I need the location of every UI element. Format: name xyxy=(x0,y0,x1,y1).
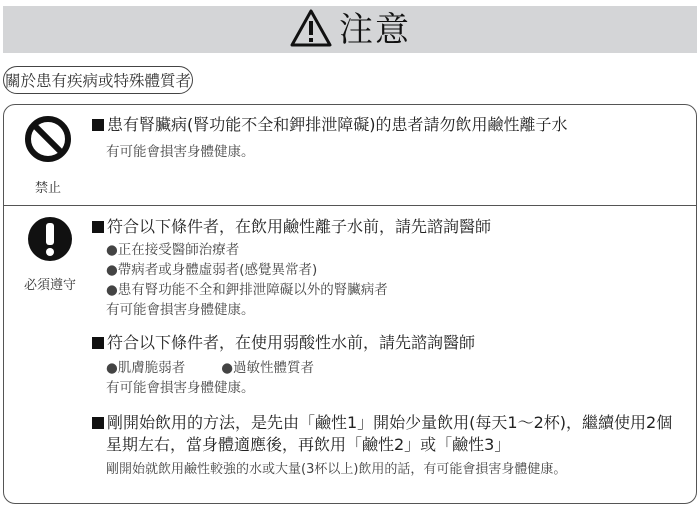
page-title: 注意 xyxy=(339,13,411,47)
square-bullet-icon xyxy=(92,417,104,429)
prohibit-note: 有可能會損害身體健康。 xyxy=(106,142,568,162)
bullet-row: ●肌膚脆弱者 ●過敏性體質者 xyxy=(106,358,475,378)
prohibit-headline: 患有腎臟病(腎功能不全和鉀排泄障礙)的患者請勿飲用鹼性離子水 xyxy=(92,114,568,136)
mandatory-item-1-headline: 符合以下條件者，在飲用鹼性離子水前，請先諮詢醫師 xyxy=(92,216,491,238)
square-bullet-icon xyxy=(92,337,104,349)
mandatory-item-1-note: 有可能會損害身體健康。 xyxy=(106,300,491,320)
square-bullet-icon xyxy=(92,221,104,233)
mandatory-item-1: 符合以下條件者，在飲用鹼性離子水前，請先諮詢醫師 ●正在接受醫師治療者 ●帶病者… xyxy=(92,216,491,320)
section-divider xyxy=(4,205,696,206)
mandatory-item-2-headline: 符合以下條件者，在使用弱酸性水前，請先諮詢醫師 xyxy=(92,332,475,354)
mandatory-item-3-headline: 剛開始飲用的方法，是先由「鹼性1」開始少量飲用(每天1～2杯)，繼續使用2個 xyxy=(92,412,672,434)
bullet-item: ●過敏性體質者 xyxy=(221,358,314,378)
bullet-item: ●患有腎功能不全和鉀排泄障礙以外的腎臟病者 xyxy=(106,280,491,300)
warning-triangle-icon xyxy=(289,8,333,52)
section-title: 關於患有疾病或特殊體質者 xyxy=(3,66,193,94)
square-bullet-icon xyxy=(92,119,104,131)
caution-header: 注意 xyxy=(3,6,697,53)
bullet-item: ●正在接受醫師治療者 xyxy=(106,240,491,260)
mandatory-item-3-headline-cont: 星期左右，當身體適應後，再飲用「鹼性2」或「鹼性3」 xyxy=(106,434,672,456)
mandatory-label: 必須遵守 xyxy=(24,274,76,293)
bullet-item: ●帶病者或身體虛弱者(感覺異常者) xyxy=(106,260,491,280)
mandatory-item-3: 剛開始飲用的方法，是先由「鹼性1」開始少量飲用(每天1～2杯)，繼續使用2個 星… xyxy=(92,412,672,480)
exclamation-icon xyxy=(27,216,73,266)
prohibition-icon xyxy=(24,115,72,167)
prohibit-label: 禁止 xyxy=(35,177,61,196)
mandatory-item-2-note: 有可能會損害身體健康。 xyxy=(106,378,475,398)
mandatory-symbol: 必須遵守 xyxy=(18,216,82,293)
prohibit-block: 患有腎臟病(腎功能不全和鉀排泄障礙)的患者請勿飲用鹼性離子水 有可能會損害身體健… xyxy=(92,114,568,162)
prohibit-symbol: 禁止 xyxy=(22,115,74,196)
bullet-item: ●肌膚脆弱者 xyxy=(106,358,185,378)
mandatory-item-3-note: 剛開始就飲用鹼性較強的水或大量(3杯以上)飲用的話，有可能會損害身體健康。 xyxy=(106,460,672,480)
mandatory-item-2: 符合以下條件者，在使用弱酸性水前，請先諮詢醫師 ●肌膚脆弱者 ●過敏性體質者 有… xyxy=(92,332,475,398)
